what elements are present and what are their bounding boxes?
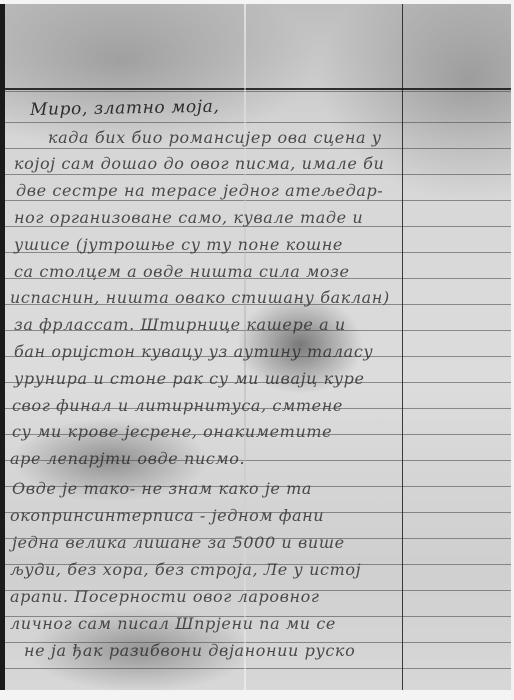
ruled-line — [5, 668, 511, 669]
handwritten-line: личног сам писал Шпрјени па ми се — [10, 614, 336, 633]
handwritten-line: не ја ђак разибвони двјанонии руско — [24, 641, 355, 660]
ruled-line — [5, 148, 511, 149]
handwritten-line: људи, без хора, без строја, Ле у истој — [10, 560, 361, 579]
handwritten-line: бан оријстон кувацу уз аутину таласу — [14, 342, 373, 361]
handwritten-line: ног организоване само, кувале таде и — [14, 208, 363, 227]
handwritten-line: аре лепарјти овде писмо. — [10, 449, 245, 468]
paper-top-edge — [0, 0, 514, 4]
letter-salutation: Мирo, златно моја, — [30, 97, 220, 120]
ruled-line — [5, 122, 511, 123]
handwritten-line: којој сам дошао до овог писма, имале би — [14, 154, 384, 173]
handwritten-line: ушисе (јутрошње су ту поне кошне — [14, 235, 343, 254]
letter-page: Мирo, златно моја, када бих био романсиј… — [0, 0, 514, 700]
handwritten-line: једна велика лишане за 5000 и више — [12, 533, 345, 552]
handwritten-line: урунира и стоне рак су ми швајц куре — [14, 369, 365, 388]
handwritten-line: испаснин, ништа овако стишану баклан) — [10, 288, 390, 307]
handwritten-line: са столцем а овде ништа сила мозе — [14, 262, 350, 281]
handwritten-line: за фрлассат. Штирнице кашере а и — [14, 315, 346, 334]
header-double-rule — [5, 88, 511, 90]
handwritten-line: окопринсинтерписа - једном фани — [10, 506, 324, 525]
handwritten-line: су ми крове јесрене, онакиметите — [12, 422, 332, 441]
handwritten-line: свог финал и литирнитуса, смтене — [12, 396, 343, 415]
handwritten-line: Овде је тако- не знам како је та — [12, 479, 312, 498]
right-margin-line — [402, 4, 403, 690]
ruled-line — [5, 200, 511, 201]
ruled-line — [5, 174, 511, 175]
handwritten-line: две сестре на терасе једног атељедар- — [16, 181, 383, 200]
header-rule — [5, 91, 511, 92]
paper-bottom-edge — [0, 690, 514, 700]
handwritten-line: арапи. Посерности овог ларовног — [10, 587, 320, 606]
handwritten-line: када бих био романсијер ова сцена у — [48, 128, 382, 147]
